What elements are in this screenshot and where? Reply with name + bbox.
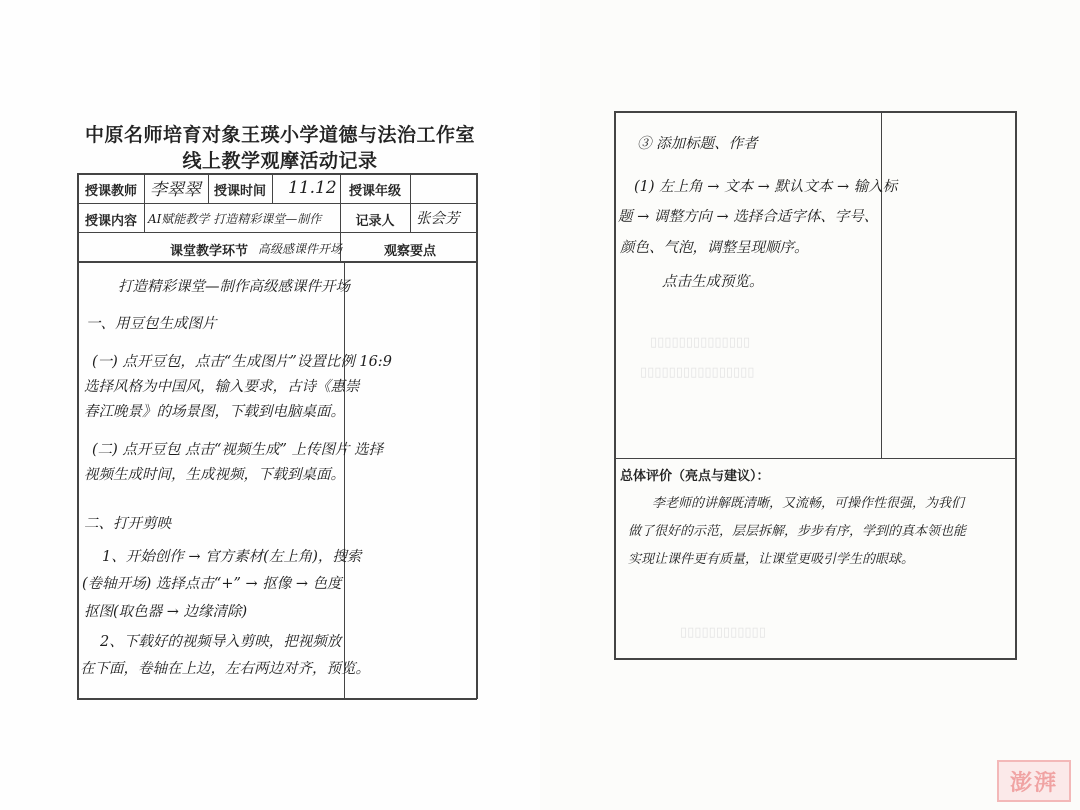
note-line: 一、用豆包生成图片	[86, 312, 217, 333]
table-col-divider	[881, 111, 882, 459]
section-handwritten: 高级感课件开场	[258, 240, 342, 257]
note-line: 2、下载好的视频导入剪映，把视频放	[100, 630, 341, 651]
table-border-top	[77, 173, 477, 175]
section-label: 课堂教学环节	[170, 240, 248, 259]
note-line: 颜色、气泡，调整呈现顺序。	[620, 236, 809, 257]
note-line: 抠图(取色器 → 边缘清除)	[84, 600, 247, 621]
bleed-through-text: ▯▯▯▯▯▯▯▯▯▯▯▯▯▯▯▯	[640, 365, 754, 380]
table-row-divider	[77, 203, 477, 204]
note-line: 题 → 调整方向 → 选择合适字体、字号、	[618, 205, 878, 226]
time-label: 授课时间	[208, 180, 272, 199]
table-col-divider	[272, 173, 273, 203]
note-line: 在下面，卷轴在上边，左右两边对齐，预览。	[80, 657, 370, 678]
table-border-left	[614, 111, 616, 659]
right-page	[540, 0, 1080, 810]
table-row-divider	[77, 232, 477, 233]
evaluation-line: 做了很好的示范，层层拆解，步步有序，学到的真本领也能	[628, 520, 966, 539]
table-border-right	[476, 173, 478, 699]
left-page: 中原名师培育对象王瑛小学道德与法治工作室 线上教学观摩活动记录 授课教师 李翠翠…	[0, 0, 540, 810]
evaluation-label: 总体评价（亮点与建议）：	[620, 465, 770, 484]
table-border-top	[614, 111, 1016, 113]
note-line: (一) 点开豆包，点击“生成图片”设置比例 16:9	[92, 350, 392, 371]
note-line: 视频生成时间，生成视频，下载到桌面。	[84, 463, 345, 484]
note-line: 打造精彩课堂—制作高级感课件开场	[118, 275, 350, 296]
watermark-stamp: 澎湃	[997, 760, 1071, 802]
bleed-through-text: ▯▯▯▯▯▯▯▯▯▯▯▯▯▯	[650, 335, 750, 350]
note-line: (1) 左上角 → 文本 → 默认文本 → 输入标	[634, 175, 897, 196]
note-line: 1、开始创作 → 官方素材(左上角)，搜索	[102, 545, 361, 566]
evaluation-line: 实现让课件更有质量，让课堂更吸引学生的眼球。	[628, 548, 914, 567]
time-value: 11.12	[288, 178, 337, 198]
table-row-divider	[614, 458, 1016, 459]
note-line: (卷轴开场) 选择点击“+” → 抠像 → 色度	[82, 572, 342, 593]
table-col-divider	[410, 173, 411, 232]
note-line: 春江晚景》的场景图，下载到电脑桌面。	[84, 400, 345, 421]
table-col-divider	[144, 173, 145, 232]
note-line: 二、打开剪映	[84, 512, 171, 533]
evaluation-line: 李老师的讲解既清晰，又流畅，可操作性很强，为我们	[652, 492, 964, 511]
table-border-right	[1015, 111, 1017, 660]
recorder-label: 记录人	[340, 210, 410, 229]
note-line: 点击生成预览。	[662, 270, 764, 291]
content-label: 授课内容	[78, 210, 144, 229]
document-subtitle: 线上教学观摩活动记录	[80, 146, 480, 173]
note-line: (二) 点开豆包 点击“视频生成” 上传图片 选择	[92, 438, 383, 459]
bleed-through-text: ▯▯▯▯▯▯▯▯▯▯▯▯	[680, 625, 766, 640]
document-title: 中原名师培育对象王瑛小学道德与法治工作室	[80, 120, 480, 147]
grade-label: 授课年级	[340, 180, 410, 199]
table-row-divider	[77, 261, 477, 263]
content-value: AI赋能教学 打造精彩课堂—制作	[148, 210, 321, 227]
note-line: ③ 添加标题、作者	[637, 132, 758, 153]
recorder-value: 张会芳	[416, 207, 460, 228]
note-line: 选择风格为中国风，输入要求，古诗《惠崇	[84, 375, 360, 396]
table-border-bottom	[614, 658, 1016, 660]
teacher-label: 授课教师	[78, 180, 144, 199]
teacher-value: 李翠翠	[150, 175, 201, 200]
observation-label: 观察要点	[350, 240, 470, 259]
table-border-bottom	[77, 698, 477, 700]
table-border-left	[77, 173, 79, 699]
